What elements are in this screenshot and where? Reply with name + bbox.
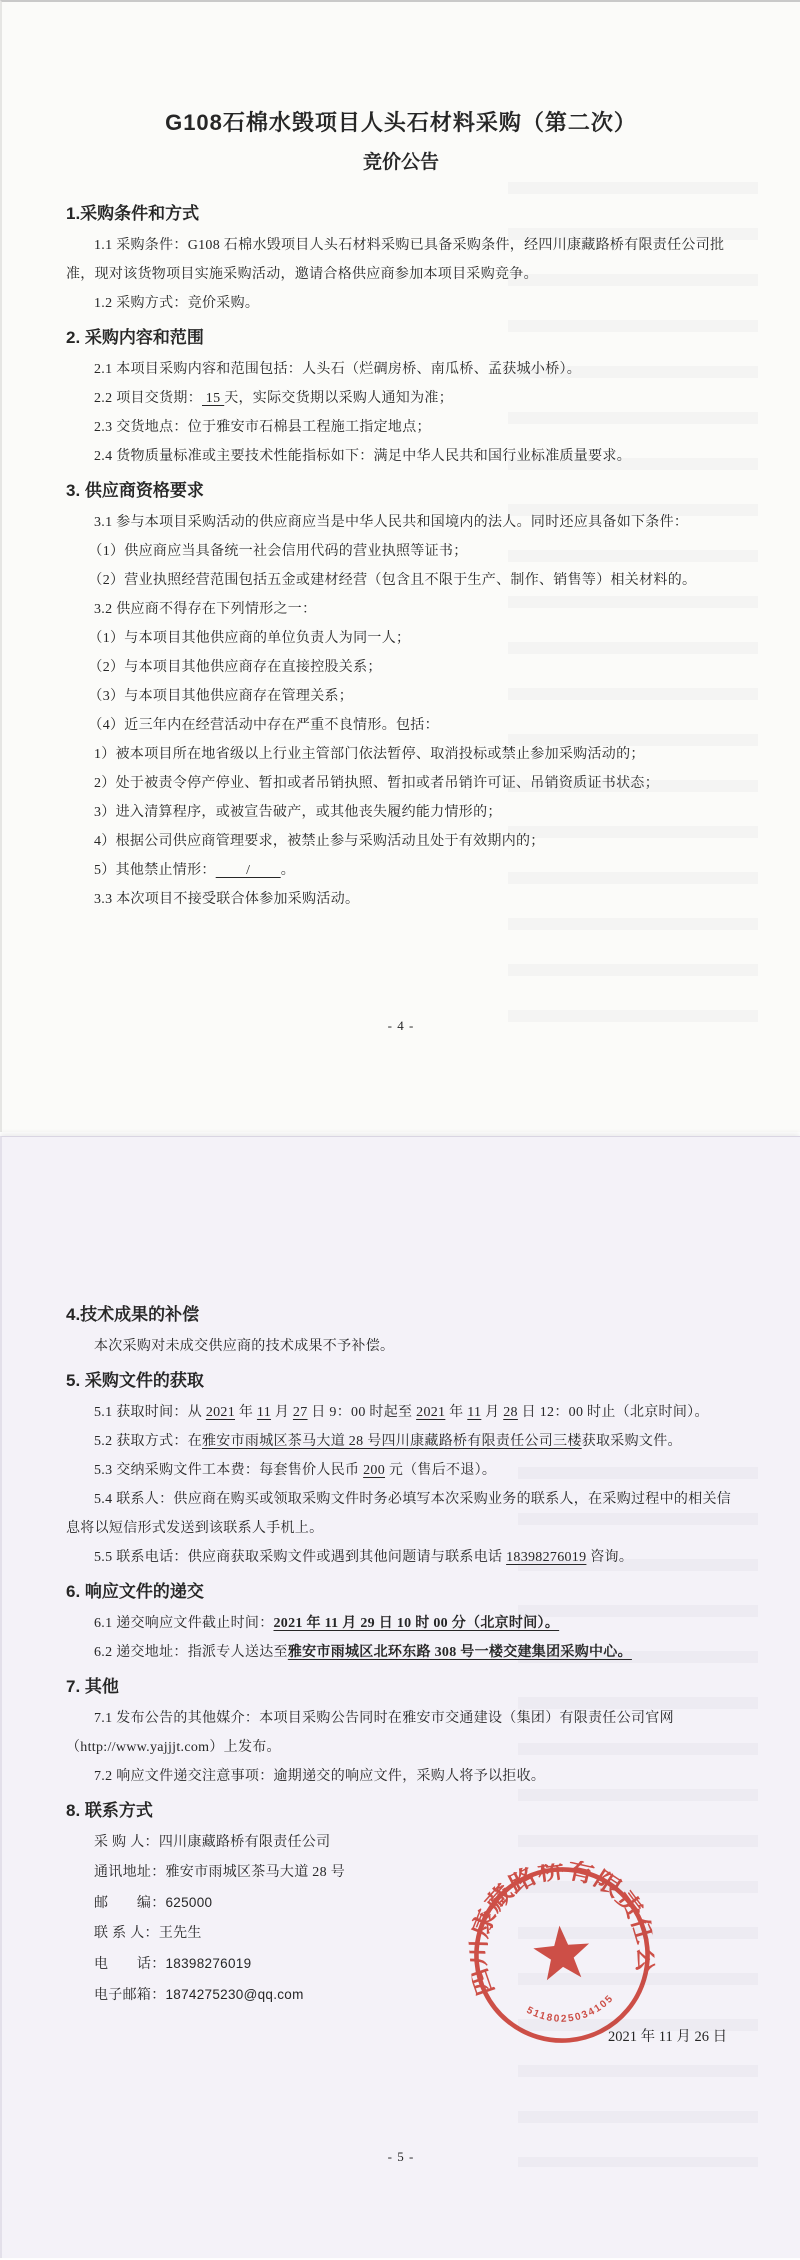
clause-4-1: 本次采购对未成交供应商的技术成果不予补偿。 <box>66 1332 736 1361</box>
section-3-heading: 3. 供应商资格要求 <box>66 475 736 507</box>
document-title: G108石棉水毁项目人头石材料采购（第二次） <box>66 2 736 137</box>
clause-5-3: 5.3 交纳采购文件工本费：每套售价人民币 200 元（售后不退）。 <box>66 1456 736 1485</box>
clause-5-5-tail: 咨询。 <box>586 1550 633 1565</box>
clause-3-2-item-2: （2）与本项目其他供应商存在直接控股关系； <box>66 653 736 682</box>
clause-5-2-tail: 获取采购文件。 <box>582 1434 682 1449</box>
contact-phone-inline: 18398276019 <box>506 1550 586 1565</box>
clause-5-1: 5.1 获取时间：从 2021 年 11 月 27 日 9：00 时起至 202… <box>66 1398 736 1427</box>
section-2-heading: 2. 采购内容和范围 <box>66 322 736 354</box>
clause-2-2: 2.2 项目交货期： 15 天，实际交货期以采购人通知为准； <box>66 384 736 413</box>
obtain-start-year: 2021 <box>206 1405 235 1420</box>
clause-5-2-text: 5.2 获取方式：在 <box>94 1434 202 1449</box>
clause-2-2-tail: 天，实际交货期以采购人通知为准； <box>224 391 453 406</box>
clause-5-2: 5.2 获取方式：在雅安市雨城区茶马大道 28 号四川康藏路桥有限责任公司三楼获… <box>66 1427 736 1456</box>
clause-5-1-sep4: 年 <box>445 1405 467 1420</box>
clause-2-2-text: 2.2 项目交货期： <box>94 391 202 406</box>
contact-row-purchaser: 采 购 人：四川康藏路桥有限责任公司 <box>66 1828 736 1858</box>
clause-6-2: 6.2 递交地址：指派专人送达至雅安市雨城区北环东路 308 号一楼交建集团采购… <box>66 1638 736 1667</box>
clause-1-1: 1.1 采购条件：G108 石棉水毁项目人头石材料采购已具备采购条件，经四川康藏… <box>66 231 736 289</box>
contact-row-person: 联 系 人：王先生 <box>66 1919 736 1949</box>
obtain-end-year: 2021 <box>416 1405 445 1420</box>
clause-3-2-item-4-sub-4: 4）根据公司供应商管理要求，被禁止参与采购活动且处于有效期内的； <box>66 827 736 856</box>
clause-3-3: 3.3 本次项目不接受联合体参加采购活动。 <box>66 885 736 914</box>
clause-3-2-item-4-sub-2: 2）处于被责令停产停业、暂扣或者吊销执照、暂扣或者吊销许可证、吊销资质证书状态； <box>66 769 736 798</box>
clause-3-2-item-4-sub-1: 1）被本项目所在地省级以上行业主管部门依法暂停、取消投标或禁止参加采购活动的； <box>66 740 736 769</box>
clause-2-1: 2.1 本项目采购内容和范围包括：人头石（烂碉房桥、南瓜桥、孟获城小桥）。 <box>66 355 736 384</box>
submission-deadline: 2021 年 11 月 29 日 10 时 00 分（北京时间）。 <box>274 1616 560 1631</box>
postcode-value: 625000 <box>166 1895 213 1910</box>
phone-value: 18398276019 <box>166 1956 252 1971</box>
obtain-start-day: 27 <box>293 1405 308 1420</box>
clause-3-2-item-4-sub-5-text: 5）其他禁止情形： <box>94 863 216 878</box>
clause-2-3: 2.3 交货地点：位于雅安市石棉县工程施工指定地点； <box>66 413 736 442</box>
clause-1-2: 1.2 采购方式：竞价采购。 <box>66 289 736 318</box>
clause-3-2-item-4-sub-3: 3）进入清算程序，或被宣告破产，或其他丧失履约能力情形的； <box>66 798 736 827</box>
contact-row-phone: 电 话：18398276019 <box>66 1949 736 1980</box>
clause-5-3-tail: 元（售后不退）。 <box>385 1463 496 1478</box>
document-page-5: 4.技术成果的补偿 本次采购对未成交供应商的技术成果不予补偿。 5. 采购文件的… <box>0 1136 800 2258</box>
address-value: 雅安市雨城区茶马大道 28 号 <box>166 1865 346 1880</box>
contact-person-label: 联 系 人： <box>94 1926 159 1941</box>
contact-row-email: 电子邮箱：1874275230@qq.com <box>66 1980 736 2011</box>
other-prohibited-blank: / <box>216 863 281 878</box>
section-4-heading: 4.技术成果的补偿 <box>66 1299 736 1331</box>
clause-3-2-item-4-sub-5-tail: 。 <box>281 863 295 878</box>
clause-6-2-text: 6.2 递交地址：指派专人送达至 <box>94 1645 288 1660</box>
section-5-heading: 5. 采购文件的获取 <box>66 1365 736 1397</box>
submission-address: 雅安市雨城区北环东路 308 号一楼交建集团采购中心。 <box>288 1645 632 1660</box>
clause-3-2-item-1: （1）与本项目其他供应商的单位负责人为同一人； <box>66 624 736 653</box>
clause-5-1-sep2: 月 <box>271 1405 293 1420</box>
clause-5-1-tail: 日 12：00 时止（北京时间）。 <box>518 1405 709 1420</box>
clause-3-1-item-1: （1）供应商应当具备统一社会信用代码的营业执照等证书； <box>66 537 736 566</box>
clause-3-1: 3.1 参与本项目采购活动的供应商应当是中华人民共和国境内的法人。同时还应具备如… <box>66 508 736 537</box>
contact-person-value: 王先生 <box>159 1926 202 1941</box>
obtain-end-day: 28 <box>503 1405 518 1420</box>
clause-5-1-sep1: 年 <box>235 1405 257 1420</box>
contact-row-address: 通讯地址：雅安市雨城区茶马大道 28 号 <box>66 1858 736 1888</box>
section-6-heading: 6. 响应文件的递交 <box>66 1576 736 1608</box>
phone-label: 电 话： <box>94 1957 166 1972</box>
purchaser-label: 采 购 人： <box>94 1835 159 1850</box>
postcode-label: 邮 编： <box>94 1896 166 1911</box>
section-8-heading: 8. 联系方式 <box>66 1795 736 1827</box>
clause-7-1: 7.1 发布公告的其他媒介：本项目采购公告同时在雅安市交通建设（集团）有限责任公… <box>66 1704 736 1762</box>
clause-6-1-text: 6.1 递交响应文件截止时间： <box>94 1616 274 1631</box>
page-number-5: - 5 - <box>2 2149 800 2165</box>
clause-3-2: 3.2 供应商不得存在下列情形之一： <box>66 595 736 624</box>
clause-5-1-text: 5.1 获取时间：从 <box>94 1405 206 1420</box>
document-fee-value: 200 <box>363 1463 385 1478</box>
contact-row-postcode: 邮 编：625000 <box>66 1888 736 1919</box>
clause-6-1: 6.1 递交响应文件截止时间：2021 年 11 月 29 日 10 时 00 … <box>66 1609 736 1638</box>
clause-3-2-item-3: （3）与本项目其他供应商存在管理关系； <box>66 682 736 711</box>
clause-3-2-item-4-sub-5: 5）其他禁止情形： / 。 <box>66 856 736 885</box>
obtain-address: 雅安市雨城区茶马大道 28 号四川康藏路桥有限责任公司三楼 <box>202 1434 582 1449</box>
clause-5-4: 5.4 联系人：供应商在购买或领取采购文件时务必填写本次采购业务的联系人，在采购… <box>66 1485 736 1543</box>
clause-5-1-sep3: 日 9：00 时起至 <box>308 1405 417 1420</box>
delivery-days-value: 15 <box>202 391 224 406</box>
email-value: 1874275230@qq.com <box>166 1987 304 2002</box>
clause-7-2: 7.2 响应文件递交注意事项：逾期递交的响应文件，采购人将予以拒收。 <box>66 1762 736 1791</box>
announcement-date: 2021 年 11 月 26 日 <box>608 2025 727 2046</box>
clause-3-1-item-2: （2）营业执照经营范围包括五金或建材经营（包含且不限于生产、制作、销售等）相关材… <box>66 566 736 595</box>
address-label: 通讯地址： <box>94 1865 166 1880</box>
clause-5-3-text: 5.3 交纳采购文件工本费：每套售价人民币 <box>94 1463 363 1478</box>
document-page-4: G108石棉水毁项目人头石材料采购（第二次） 竞价公告 1.采购条件和方式 1.… <box>0 0 800 1132</box>
clause-5-1-sep5: 月 <box>481 1405 503 1420</box>
section-1-heading: 1.采购条件和方式 <box>66 198 736 230</box>
clause-3-2-item-4: （4）近三年内在经营活动中存在严重不良情形。包括： <box>66 711 736 740</box>
purchaser-value: 四川康藏路桥有限责任公司 <box>159 1835 331 1850</box>
clause-5-5: 5.5 联系电话：供应商获取采购文件或遇到其他问题请与联系电话 18398276… <box>66 1543 736 1572</box>
section-7-heading: 7. 其他 <box>66 1671 736 1703</box>
obtain-end-month: 11 <box>467 1405 481 1420</box>
contact-info-block: 采 购 人：四川康藏路桥有限责任公司 通讯地址：雅安市雨城区茶马大道 28 号 … <box>66 1828 736 2011</box>
clause-2-4: 2.4 货物质量标准或主要技术性能指标如下：满足中华人民共和国行业标准质量要求。 <box>66 442 736 471</box>
page-number-4: - 4 - <box>2 1018 800 1034</box>
document-subtitle: 竞价公告 <box>66 147 736 174</box>
email-label: 电子邮箱： <box>94 1988 166 2003</box>
clause-5-5-text: 5.5 联系电话：供应商获取采购文件或遇到其他问题请与联系电话 <box>94 1550 506 1565</box>
obtain-start-month: 11 <box>257 1405 271 1420</box>
